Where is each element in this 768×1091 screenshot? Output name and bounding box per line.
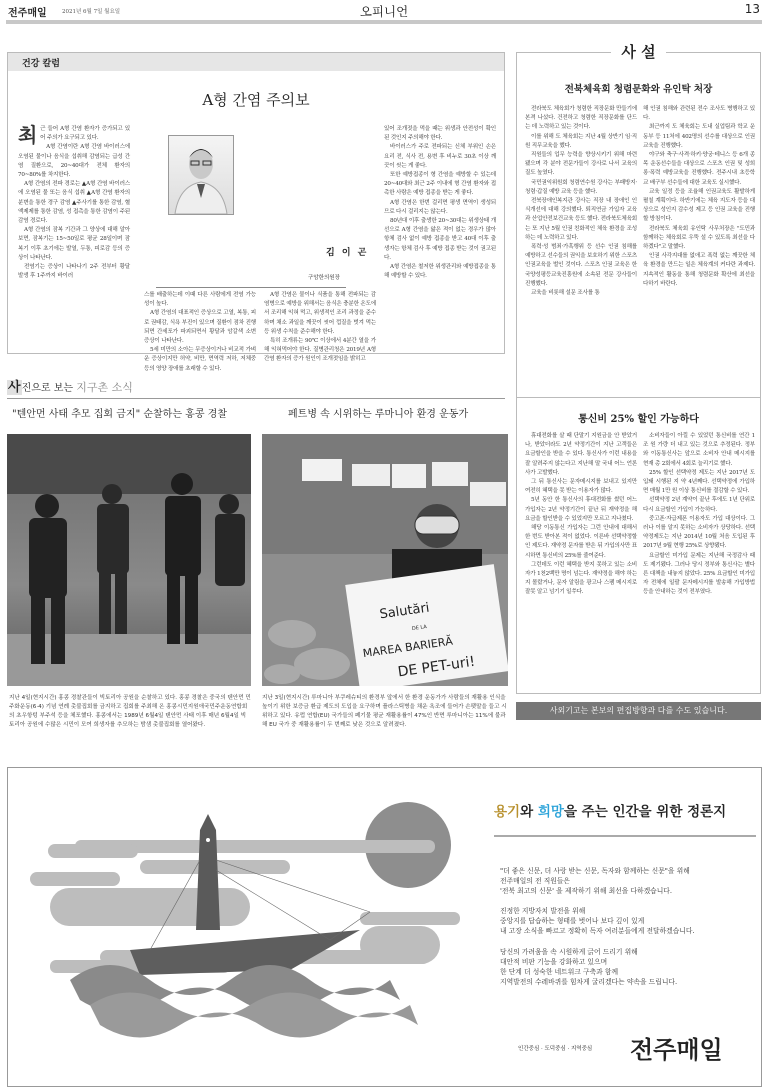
paragraph: A형 간염은 한번 걸리면 평생 면역이 생성되므로 다시 걸리지는 않는다. — [384, 199, 496, 217]
paragraph: 이를 위해 도 체육회는 지난 4월 상반기 임·직원 직무교육을 했다. — [525, 133, 637, 151]
health-col-4: 있어 조개젓을 먹을 때는 위생과 안전성이 확인된 것인지 주의해야 한다. … — [384, 125, 496, 281]
paragraph: 그런데도 이런 혜택을 받지 못하고 있는 소비자가 1천2백만 명이 넘는다.… — [525, 561, 637, 598]
promo-brand-logo: 전주매일 — [630, 1030, 723, 1065]
paragraph: 인권 사각지대를 없애고 폭력 없는 깨끗한 체육 환경을 만드는 일은 체육계… — [643, 252, 755, 289]
photo-caption-2: 지난 3일(현지시간) 루마니아 부쿠레슈티의 환경부 앞에서 한 환경 운동가… — [262, 694, 508, 730]
paragraph: 5년 동안 한 통신사의 휴대전화를 썼던 어느 가입자는 2년 약정기간이 끝… — [525, 496, 637, 524]
ship-illustration — [30, 800, 470, 1060]
ship-pen-icon — [30, 800, 470, 1060]
paragraph: 특히 조개류는 90℃ 이상에서 4분간 열을 가해 익혀먹어야 한다. 질병관… — [264, 337, 376, 365]
health-col-3: A형 간염은 물이나 식품을 통해 전파되는 감염병으로 예방을 위해서는 음식… — [264, 291, 376, 365]
author-portrait — [168, 135, 234, 215]
paragraph: 또한 예방접종이 형 간염을 예방할 수 있는데 20~40대와 최근 2주 이… — [384, 171, 496, 199]
promo-paragraph-3: 당신의 가려움을 속 시원하게 긁어 드리기 위해대안적 비판 기능을 강화하고… — [500, 947, 677, 987]
paragraph: A형 간염은 물이나 식품을 통해 전파되는 감염병으로 예방을 위해서는 음식… — [264, 291, 376, 337]
disclaimer-banner: 사외기고는 본보의 편집방향과 다를 수도 있습니다. — [516, 702, 761, 720]
telecom-headline: 통신비 25% 할인 가능하다 — [517, 410, 760, 425]
paragraph: 5세 미만의 소아는 무증상이거나 비교적 가벼운 증상이지만 허약, 비만, … — [144, 346, 256, 374]
paragraph: 전염기는 증상이 나타나기 2주 전부터 황달 발생 후 1주까지 바이러 — [18, 263, 130, 281]
paragraph: 전북장애인복지관 강사는 직장 내 장애인 인식개선에 대해 강의했다. 퇴직연… — [525, 197, 637, 243]
promo-slogan: 용기와 희망을 주는 인간을 위한 정론지 — [494, 800, 726, 820]
paragraph: 교육 일정 등을 조율해 인권교육도 활발하게 펼칠 계획이다. 하반기에는 체… — [643, 188, 755, 225]
paragraph: 바이러스가 주로 전파되는 신체 부위인 손은 요리 전, 식사 전, 용변 후… — [384, 143, 496, 171]
telecom-article-box: 통신비 25% 할인 가능하다 휴대전화를 살 때 단말기 지원금을 안 받았거… — [516, 398, 761, 694]
paragraph: 전라북도 체육회 유인탁 사무처장은 "도민과 함께하는 체육회로 우뚝 설 수… — [643, 225, 755, 253]
paragraph: A형 간염의 전파 경로는 ▲A형 간염 바이러스에 오염된 물 또는 음식 섭… — [18, 180, 130, 226]
person-icon — [169, 136, 233, 214]
paragraph: A형 간염이란 A형 간염 바이러스에 오염된 물이나 음식을 섭취해 감염되는… — [18, 143, 130, 180]
telecom-col-2: 소비자들이 아낄 수 있었던 통신비를 연간 1조 원 가량 더 내고 있는 것… — [643, 432, 755, 598]
section-title: 오피니언 — [0, 2, 768, 20]
divider — [156, 287, 346, 288]
paragraph: 중고폰·자급제폰 이용자도 가입 대상이다. 그러나 이를 알지 못하는 소비자… — [643, 515, 755, 552]
romania-protest-photo: Salutări DE LA MAREA BARIERĂ DE PET-uri! — [262, 434, 508, 686]
editorial-col-2: 해 인권 침해와 관련된 전수 조사도 병행하고 있다. 최근까지 도 체육회는… — [643, 105, 755, 289]
paragraph: 있어 조개젓을 먹을 때는 위생과 안전성이 확인된 것인지 주의해야 한다. — [384, 125, 496, 143]
promo-tagline: 인간중심 · 도덕중심 · 지역중심 — [518, 1044, 592, 1052]
photo-headline-1: "텐안먼 사태 추모 집회 금지" 순찰하는 홍콩 경찰 — [12, 405, 227, 420]
health-column-box: 건강 칼럼 A형 간염 주의보 최 근 들어 A형 간염 환자가 증가되고 있어… — [7, 52, 505, 354]
paragraph: 최근까지 도 체육회는 도내 실업팀과 학교 운동부 등 11처에 402명의 … — [643, 123, 755, 151]
paragraph: A형 간염은 철저한 위생관리와 예방접종을 통해 예방할 수 있다. — [384, 263, 496, 281]
photo-caption-1: 지난 4일(현지시간) 홍콩 경찰관들이 빅토리아 공원을 순찰하고 있다. 홍… — [9, 694, 251, 730]
editorial-label: 사 설 — [517, 41, 760, 62]
paragraph: 요금할인 미가입 문제는 지난해 국정감사 때도 제기됐다. 그러나 당시 정부… — [643, 552, 755, 598]
photo-section-title: 사진으로 보는 지구촌 소식 — [7, 376, 505, 399]
editorial-box: 사 설 전북체육회 청렴문화와 유인탁 처장 전라북도 체육회가 청렴한 직장문… — [516, 52, 761, 398]
paragraph: 스를 배출하는데 이때 다른 사람에게 전염 가능성이 높다. — [144, 291, 256, 309]
paragraph: A형 간염의 잠복 기간과 그 양상에 대해 알아보면, 잠복기는 15~50일… — [18, 226, 130, 263]
header-rule — [6, 20, 762, 24]
paragraph: 직원들의 업무 능력을 향상시키기 위해 마련됐으며 각 분야 전문가들이 강사… — [525, 151, 637, 179]
paragraph: 야구와 축구·사격·하키·양궁·테니스 등 6개 종목 운동선수들을 대상으로 … — [643, 151, 755, 188]
editorial-headline: 전북체육회 청렴문화와 유인탁 처장 — [517, 81, 760, 95]
protester-with-sign-image: Salutări DE LA MAREA BARIERĂ DE PET-uri! — [262, 434, 508, 686]
author-title: 구암한의원장 — [308, 273, 340, 281]
photo-headline-2: 페트병 속 시위하는 루마니아 환경 운동가 — [288, 405, 468, 420]
photo-news-section: 사진으로 보는 지구촌 소식 — [7, 376, 505, 399]
paragraph: 폭력·성 범죄·가혹행위 등 선수 인권 침해를 예방하고 선수들의 권익을 보… — [525, 243, 637, 289]
paragraph: 그 뒤 통신사는 문자메시지를 보내고 있지만 여전히 혜택을 못 받는 이용자… — [525, 478, 637, 496]
promo-paragraph-2: 진정한 지방자치 발전을 위해중앙지를 답습하는 형태를 벗어나 보다 깊이 있… — [500, 906, 695, 936]
paragraph: A형 간염의 대표적인 증상으로 고열, 복통, 피로 권태감, 식욕 부진이 … — [144, 309, 256, 346]
police-figures-image — [7, 434, 251, 686]
paragraph: 해 인권 침해와 관련된 전수 조사도 병행하고 있다. — [643, 105, 755, 123]
page-number: 13 — [745, 2, 760, 16]
author-name: 김 이 곤 — [326, 245, 368, 258]
paragraph: 전라북도 체육회가 청렴한 직장문화 만들기에 본격 나섰다. 건전하고 청렴한… — [525, 105, 637, 133]
paragraph: 선택약정 2년 계약이 끝난 후에도 1년 단위로 다시 요금할인 가입이 가능… — [643, 496, 755, 514]
health-col-2: 스를 배출하는데 이때 다른 사람에게 전염 가능성이 높다. A형 간염의 대… — [144, 291, 256, 374]
health-column-label: 건강 칼럼 — [8, 53, 504, 71]
drop-cap: 최 — [18, 125, 37, 145]
paragraph: 해당 이동통신 가입자는 그런 안내에 대해서 한 번도 받아본 적이 없었다.… — [525, 524, 637, 561]
paragraph: 교육을 비롯해 설문 조사를 통 — [525, 289, 637, 298]
promo-divider — [494, 835, 756, 837]
paragraph: 국민권익위원회 청렴연수원 강사는 부패방지·청렴·갑질 예방 교육 등을 했다… — [525, 179, 637, 197]
paragraph: 휴대전화를 살 때 단말기 지원금을 안 받았거나, 받았더라도 2년 약정기간… — [525, 432, 637, 478]
paragraph: 80년대 이후 출생한 20~30대는 위생상태 개선으로 A형 간염을 앓은 … — [384, 217, 496, 263]
editorial-col-1: 전라북도 체육회가 청렴한 직장문화 만들기에 본격 나섰다. 건전하고 청렴한… — [525, 105, 637, 298]
paragraph: 25% 할인 선택약정 제도는 지난 2017년 도입돼 시행된 지 약 4년째… — [643, 469, 755, 497]
telecom-col-1: 휴대전화를 살 때 단말기 지원금을 안 받았거나, 받았더라도 2년 약정기간… — [525, 432, 637, 598]
paragraph: 소비자들이 아낄 수 있었던 통신비를 연간 1조 원 가량 더 내고 있는 것… — [643, 432, 755, 469]
health-column-title: A형 간염 주의보 — [8, 89, 504, 110]
hongkong-police-photo — [7, 434, 251, 686]
health-col-1: 최 근 들어 A형 간염 환자가 증가되고 있어 주의가 요구되고 있다. A형… — [18, 125, 130, 281]
promo-paragraph-1: "더 좋은 신문, 더 사랑 받는 신문, 독자와 함께하는 신문"을 위해 전… — [500, 866, 690, 896]
